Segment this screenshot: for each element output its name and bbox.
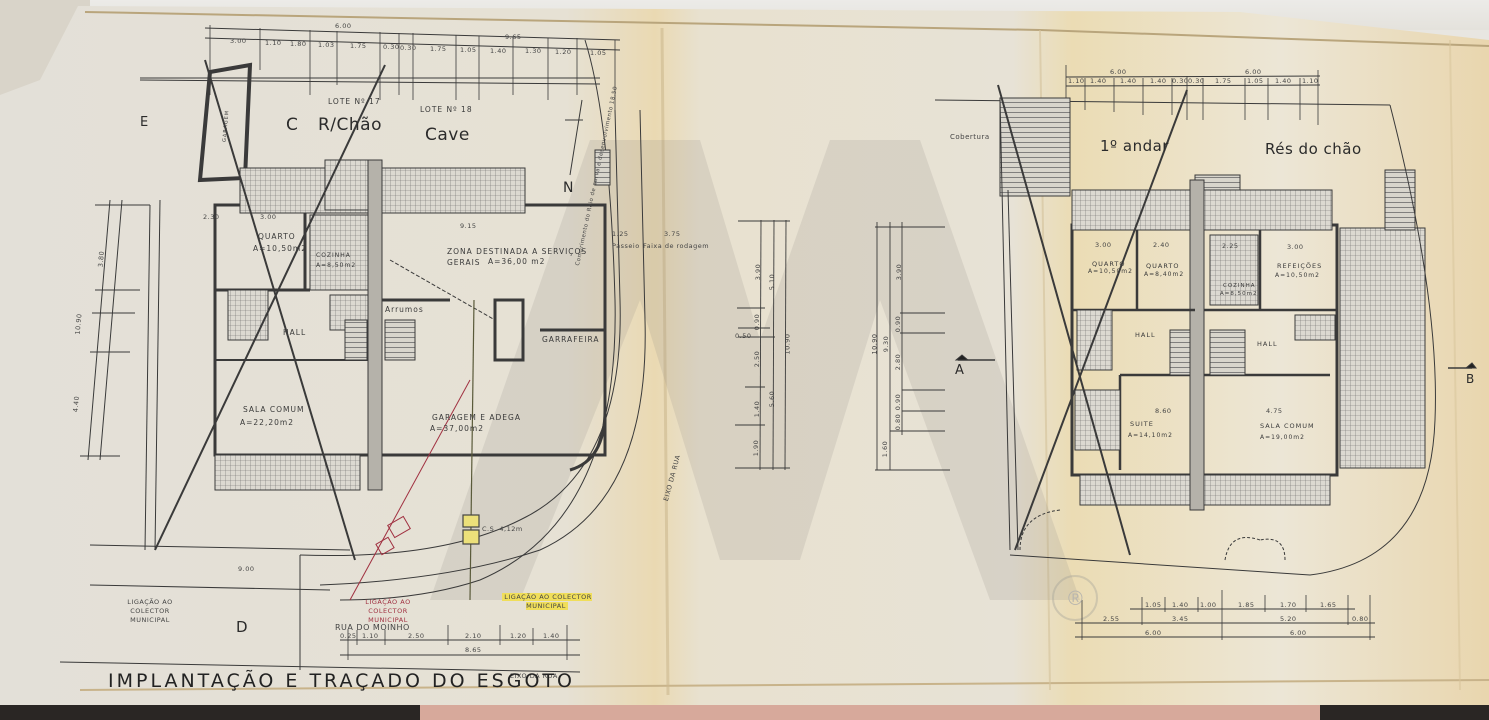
top-dim-1-40: 1.40	[490, 47, 506, 55]
top-dim-1-05a: 1.05	[460, 46, 476, 54]
mid-dim-a-1-90: 1.90	[752, 440, 760, 456]
top-dim-1-20: 1.20	[555, 48, 571, 56]
room-right-quarto1-name: QUARTO	[1092, 260, 1125, 268]
mid-dim-a-1-40: 1.40	[753, 401, 761, 417]
room-right-hall-2: HALL	[1257, 340, 1278, 348]
mid-dim-b-0-90a: 0.90	[894, 316, 902, 332]
right-bot-dim-3-45: 3.45	[1172, 615, 1188, 623]
right-bot-dim-5-20: 5.20	[1280, 615, 1296, 623]
mid-dim-b-2-80: 2.80	[894, 354, 902, 370]
room-right-sala-area: A=19,00m2	[1260, 434, 1305, 441]
top-dim-1-30: 1.30	[525, 47, 541, 55]
top-dim-0-30b: 0.30	[400, 44, 416, 52]
section-marker-b: B	[1466, 372, 1475, 386]
dim-1-25: 1.25	[612, 230, 628, 238]
mid-dim-a-0-90: 0.90	[753, 314, 761, 330]
right-top-dim-0-30b: 0.30	[1188, 77, 1204, 85]
roof-label: Cobertura	[950, 133, 990, 141]
room-right-quarto2-name: QUARTO	[1146, 262, 1179, 270]
room-right-cozinha-area: A=8,50m2	[1220, 291, 1257, 297]
sewer-box-label: C.S. 4,12m	[482, 525, 523, 533]
right-bot-dim-1-05: 1.05	[1145, 601, 1161, 609]
right-bot-dim-1-65: 1.65	[1320, 601, 1336, 609]
right-top-dim-1-40b: 1.40	[1120, 77, 1136, 85]
mid-dim-b-0-80: 0.80	[894, 414, 902, 430]
mid-dim-b-3-90: 3.90	[895, 264, 903, 280]
right-top-dim-1-05: 1.05	[1247, 77, 1263, 85]
room-right-refeicoes-area: A=10,50m2	[1275, 272, 1320, 279]
room-right-quarto1-area: A=10,50m2	[1088, 268, 1133, 275]
room-cozinha-area: A=8,50m2	[316, 262, 356, 269]
blueprint-drawing	[0, 0, 1489, 705]
right-bot-dim-1-40: 1.40	[1172, 601, 1188, 609]
connection-note-highlighted: LIGAÇÃO AO COLECTOR MUNICIPAL	[497, 593, 597, 611]
mid-dim-b-0-90b: 0.90	[894, 394, 902, 410]
street-dim-1-20: 1.20	[510, 632, 526, 640]
section-marker-d: D	[236, 618, 248, 636]
room-hall: HALL	[283, 328, 306, 337]
left-dim-3-80: 3.80	[97, 250, 106, 267]
room-quarto-name: QUARTO	[258, 232, 296, 241]
north-arrow-label: N	[563, 180, 574, 196]
right-top-dim-1-10b: 1.10	[1302, 77, 1318, 85]
room-arrumos: Arrumos	[385, 305, 424, 314]
right-bot-dim-1-85: 1.85	[1238, 601, 1254, 609]
level-label-r-chao: R/Chão	[318, 115, 382, 135]
mid-dim-a-10-90: 10.90	[784, 333, 792, 354]
section-marker-a: A	[955, 363, 964, 378]
connection-note-red: LIGAÇÃO AO COLECTOR MUNICIPAL	[348, 598, 428, 625]
right-top-dim-1-10a: 1.10	[1068, 77, 1084, 85]
top-dim-6-00: 6.00	[335, 22, 351, 30]
top-dim-3-00: 3.00	[230, 37, 246, 45]
right-bot-dim-1-00: 1.00	[1200, 601, 1216, 609]
room-garagem-adega-name: GARAGEM E ADEGA	[432, 413, 521, 422]
room-service-zone-area: A=36,00 m2	[488, 257, 545, 266]
road-strip-label: Faixa de rodagem	[643, 242, 709, 250]
dim-9-15: 9.15	[460, 222, 476, 230]
street-dim-2-50: 2.50	[408, 632, 424, 640]
right-top-dim-1-75: 1.75	[1215, 77, 1231, 85]
mid-dim-a-0-50: 0.50	[735, 332, 751, 340]
right-dim-3-00b: 3.00	[1287, 243, 1303, 251]
mid-dim-a-3-90: 3.90	[754, 264, 762, 280]
right-top-dim-1-40d: 1.40	[1275, 77, 1291, 85]
room-right-refeicoes-name: REFEIÇÕES	[1277, 262, 1322, 270]
level-label-ground-floor: Rés do chão	[1265, 140, 1362, 158]
blueprint-sheet: E LOTE Nº 17 LOTE Nº 18 C R/Chão Cave N …	[0, 0, 1489, 705]
highlighted-text: LIGAÇÃO AO COLECTOR MUNICIPAL	[502, 593, 592, 610]
lot-18-label: LOTE Nº 18	[420, 105, 473, 114]
right-top-dim-1-40a: 1.40	[1090, 77, 1106, 85]
right-bot-dim-1-70: 1.70	[1280, 601, 1296, 609]
level-label-cave: Cave	[425, 125, 470, 145]
room-right-quarto2-area: A=8,40m2	[1144, 271, 1184, 278]
right-dim-8-60: 8.60	[1155, 407, 1171, 415]
room-right-hall-1: HALL	[1135, 331, 1156, 339]
right-top-dim-1-40c: 1.40	[1150, 77, 1166, 85]
top-dim-1-80: 1.80	[290, 40, 306, 48]
top-dim-0-30a: 0.30	[383, 43, 399, 51]
mid-dim-b-9-30: 9.30	[882, 336, 890, 352]
right-dim-2-25: 2.25	[1222, 242, 1238, 250]
room-right-suite-area: A=14,10m2	[1128, 432, 1173, 439]
room-sala-comum-area: A=22,20m2	[240, 418, 294, 427]
top-dim-1-05b: 1.05	[590, 49, 606, 57]
street-name-label: RUA DO MOINHO	[335, 623, 410, 632]
room-garagem-adega-area: A=37,00m2	[430, 424, 484, 433]
right-dim-4-75: 4.75	[1266, 407, 1282, 415]
street-dim-1-40: 1.40	[543, 632, 559, 640]
dim-9-00: 9.00	[238, 565, 254, 573]
street-dim-1-10: 1.10	[362, 632, 378, 640]
right-bot-dim-0-80: 0.80	[1352, 615, 1368, 623]
dim-3-75: 3.75	[664, 230, 680, 238]
right-top-dim-6-00a: 6.00	[1110, 68, 1126, 76]
right-bot-dim-2-55: 2.55	[1103, 615, 1119, 623]
top-dim-9-65: 9.65	[505, 33, 521, 41]
room-right-sala-name: SALA COMUM	[1260, 422, 1315, 430]
registered-watermark: ®	[1068, 588, 1083, 611]
top-dim-1-10: 1.10	[265, 39, 281, 47]
room-right-suite-name: SUITE	[1130, 420, 1154, 428]
mid-dim-a-2-50: 2.50	[753, 351, 761, 367]
section-marker-e: E	[140, 115, 149, 130]
room-sala-comum-name: SALA COMUM	[243, 405, 304, 414]
mid-dim-a-5-10: 5.10	[768, 274, 776, 290]
dim-3-00-left: 3.00	[260, 213, 276, 221]
street-dim-2-10: 2.10	[465, 632, 481, 640]
right-bot-dim-6-00b: 6.00	[1290, 629, 1306, 637]
drawing-title: IMPLANTAÇÃO E TRAÇADO DO ESGOTO	[108, 670, 575, 692]
room-garrafeira: GARRAFEIRA	[542, 335, 600, 344]
level-label-first-floor: 1º andar	[1100, 137, 1169, 155]
room-right-cozinha-name: COZINHA	[1223, 283, 1256, 289]
mid-dim-b-10-90: 10.90	[871, 333, 879, 354]
mid-dim-b-1-60: 1.60	[881, 441, 889, 457]
top-dim-1-75b: 1.75	[430, 45, 446, 53]
street-total-8-65: 8.65	[465, 646, 481, 654]
top-dim-1-75a: 1.75	[350, 42, 366, 50]
lot-17-label: LOTE Nº 17	[328, 97, 381, 106]
right-dim-3-00a: 3.00	[1095, 241, 1111, 249]
dim-2-30: 2.30	[203, 213, 219, 221]
mid-dim-a-5-60: 5.60	[768, 391, 776, 407]
street-dim-0-25: 0.25	[340, 632, 356, 640]
top-dim-1-03: 1.03	[318, 41, 334, 49]
room-cozinha-name: COZINHA	[316, 252, 351, 259]
right-bot-dim-6-00a: 6.00	[1145, 629, 1161, 637]
connection-note-left: LIGAÇÃO AO COLECTOR MUNICIPAL	[110, 598, 190, 625]
section-marker-c: C	[286, 115, 298, 135]
right-dim-2-40: 2.40	[1153, 241, 1169, 249]
right-top-dim-6-00b: 6.00	[1245, 68, 1261, 76]
room-quarto-area: A=10,50m2	[253, 244, 307, 253]
sidewalk-label: Passeio	[612, 242, 640, 250]
right-top-dim-0-30a: 0.30	[1172, 77, 1188, 85]
left-dim-4-40: 4.40	[72, 395, 81, 412]
